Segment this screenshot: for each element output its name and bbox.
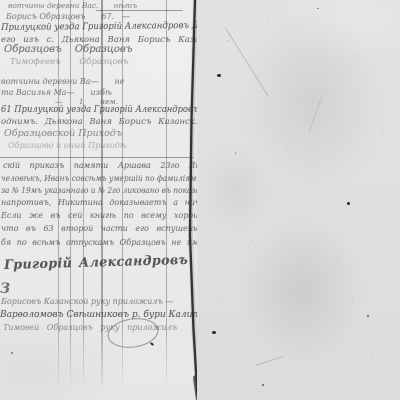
paper-grain [197,0,198,1]
ink-speck [262,384,264,386]
right-blank-page [197,0,400,400]
ink-speck [347,202,350,205]
ink-speck [235,152,236,154]
ink-speck [317,8,319,9]
paper-scratch [225,27,268,95]
paper-scratch [255,356,284,366]
ink-speck [212,331,216,334]
scanned-register-spread: вотчины деревни Вас. нѣтъ Борисъ Образцо… [0,0,400,400]
paper-scratch [308,95,323,133]
ink-speck [367,315,369,317]
ink-speck [217,74,221,77]
